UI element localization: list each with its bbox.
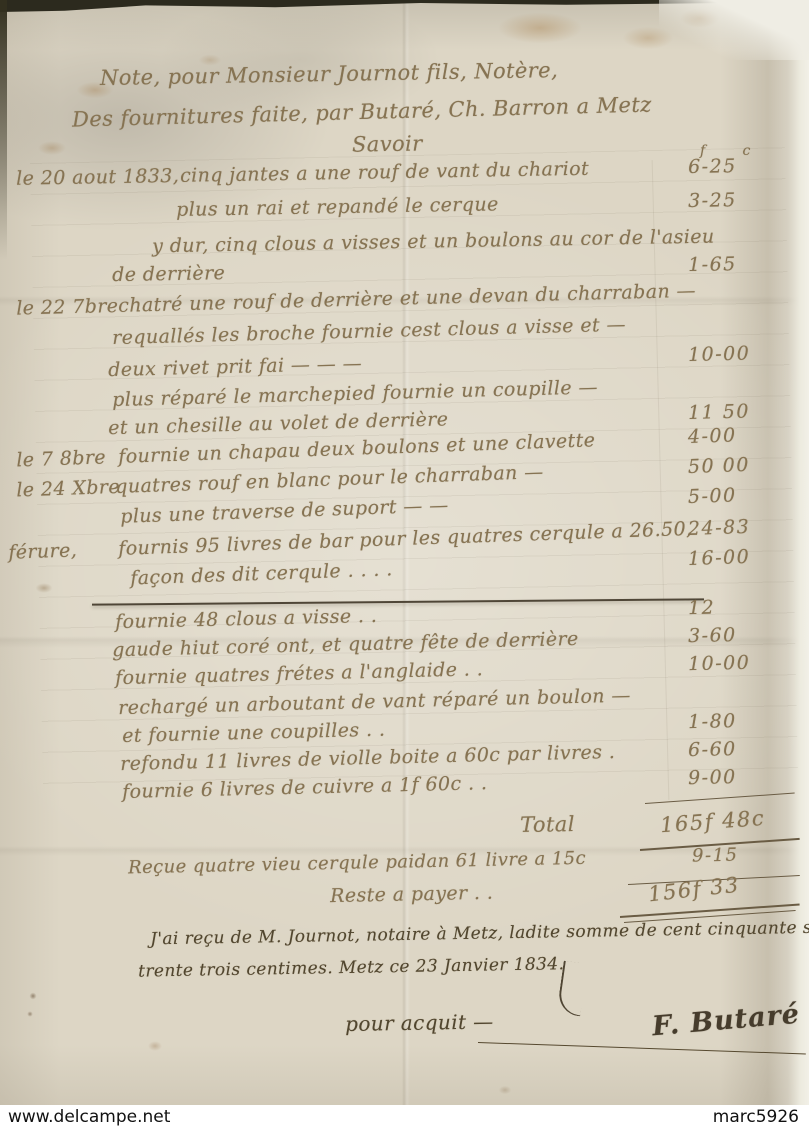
entry-amount: 10-00	[688, 342, 751, 366]
paper-left-edge-shadow	[0, 0, 7, 260]
paper-corner-highlight	[659, 0, 809, 60]
receipt-text-2: trente trois centimes. Metz ce 23 Janvie…	[138, 954, 565, 981]
signature-underline-flourish	[478, 1042, 806, 1054]
entry-amount: 16-00	[688, 546, 751, 570]
document-title-line: Note, pour Monsieur Journot fils, Notère…	[100, 58, 558, 90]
entry-amount: 6-25	[688, 155, 737, 178]
rest-line: Reste a payer . . 156f 33	[0, 875, 809, 892]
rest-amount: 156f 33	[647, 873, 741, 907]
category-label: férure,	[8, 539, 77, 563]
entry-amount: 12	[688, 597, 716, 620]
date-label: le 7 8bre	[16, 446, 106, 471]
received-amount: 9-15	[692, 845, 739, 867]
delcampe-listing-photo: Note, pour Monsieur Journot fils, Notère…	[0, 0, 809, 1131]
manuscript-paper: Note, pour Monsieur Journot fils, Notère…	[0, 0, 809, 1105]
acquit-label: pour acquit —	[345, 1009, 494, 1036]
entry-text: de derrière	[112, 262, 225, 286]
savoir-heading: Savoir	[352, 131, 423, 156]
receipt-line: trente trois centimes. Metz ce 23 Janvie…	[0, 950, 809, 964]
watermark-strip: www.delcampe.net marc5926	[0, 1105, 809, 1131]
received-text: Reçue quatre vieu cerqule paidan 61 livr…	[128, 848, 586, 879]
entry-amount: 5-00	[688, 484, 737, 508]
date-label: le 22 7bre	[16, 295, 119, 320]
date-label: le 20 aout 1833,	[16, 165, 179, 190]
document-subtitle-line: Des fournitures faite, par Butaré, Ch. B…	[72, 92, 652, 131]
receipt-text-1: J'ai reçu de M. Journot, notaire à Metz,…	[150, 916, 809, 949]
entry-amount: 1-80	[688, 710, 737, 733]
total-label: Total	[520, 812, 575, 837]
entry-amount: 24-83	[688, 516, 751, 540]
entry-amount: 4-00	[688, 424, 737, 448]
entry-amount: 50 00	[688, 454, 751, 478]
rest-label: Reste a payer . .	[330, 882, 494, 907]
watermark-site-text: www.delcampe.net	[8, 1107, 170, 1127]
entry-amount: 9-00	[688, 766, 737, 789]
entry-amount: 11 50	[688, 400, 750, 424]
entry-amount: 6-60	[688, 738, 737, 761]
watermark-seller-text: marc5926	[713, 1107, 799, 1127]
receipt-line: J'ai reçu de M. Journot, notaire à Metz,…	[0, 918, 809, 932]
total-amount: 165f 48c	[659, 806, 765, 837]
entry-amount: 1-65	[688, 253, 737, 276]
entry-amount: 10-00	[688, 652, 751, 676]
date-label: le 24 Xbre	[16, 476, 120, 502]
signature: F. Butaré	[651, 999, 801, 1043]
entry-amount: 3-25	[688, 189, 737, 212]
entry-amount: 3-60	[688, 624, 737, 647]
